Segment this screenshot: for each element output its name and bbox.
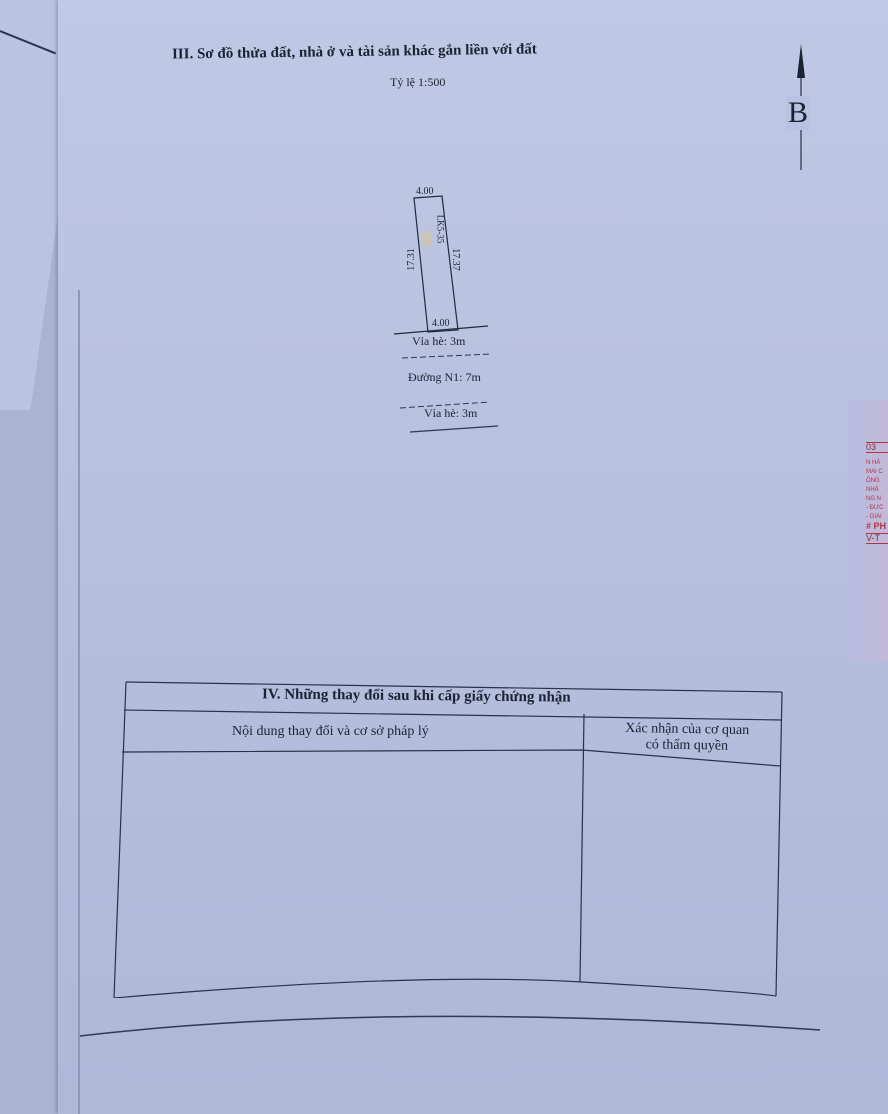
parcel-diagram: 4.00 4.00 17.31 17.37 LK5-35 Vỉa hè: 3m … — [380, 180, 520, 440]
stamp-line: NG N — [866, 495, 888, 504]
stamp-footer: V-T — [866, 533, 888, 544]
stamp-line: - ĐƯC — [866, 504, 888, 513]
stamp-line: N HÀ — [866, 459, 888, 468]
side-stamp: 03 N HÀ MAI C ÔNG NHÀ NG N - ĐƯC - GIAI … — [866, 440, 888, 580]
column-header-line-2: có thẩm quyền — [602, 737, 772, 756]
page-bottom-curve — [60, 1000, 860, 1040]
north-label: B — [786, 96, 810, 130]
edge-length-left: 17.31 — [406, 248, 417, 271]
changes-table: IV. Những thay đổi sau khi cấp giấy chứn… — [112, 680, 784, 998]
stamp-emphasis: # PH — [866, 522, 888, 531]
parcel-outline — [380, 180, 520, 440]
column-header-line-1: Xác nhận của cơ quan — [602, 721, 772, 740]
stamp-number: 03 — [866, 442, 888, 453]
stamp-line: ÔNG — [866, 477, 888, 486]
parcel-id: LK5-35 — [435, 215, 445, 244]
map-scale: Tỷ lệ 1:500 — [390, 75, 445, 90]
edge-length-right: 17.37 — [450, 248, 461, 271]
stamp-line: NHÀ — [866, 486, 888, 495]
section-4-title: IV. Những thay đổi sau khi cấp giấy chứn… — [262, 686, 571, 706]
page-edge — [78, 290, 80, 1114]
stamp-line: MAI C — [866, 468, 888, 477]
edge-length-bottom: 4.00 — [432, 318, 450, 329]
edge-length-top: 4.00 — [416, 186, 434, 197]
sidewalk-top-label: Vỉa hè: 3m — [412, 334, 465, 349]
sidewalk-bottom-label: Vỉa hè: 3m — [424, 406, 477, 421]
column-header-change-content: Nội dung thay đổi và cơ sở pháp lý — [232, 724, 429, 740]
column-header-authority-confirmation: Xác nhận của cơ quan có thẩm quyền — [602, 721, 773, 756]
street-label: Đường N1: 7m — [408, 370, 481, 385]
